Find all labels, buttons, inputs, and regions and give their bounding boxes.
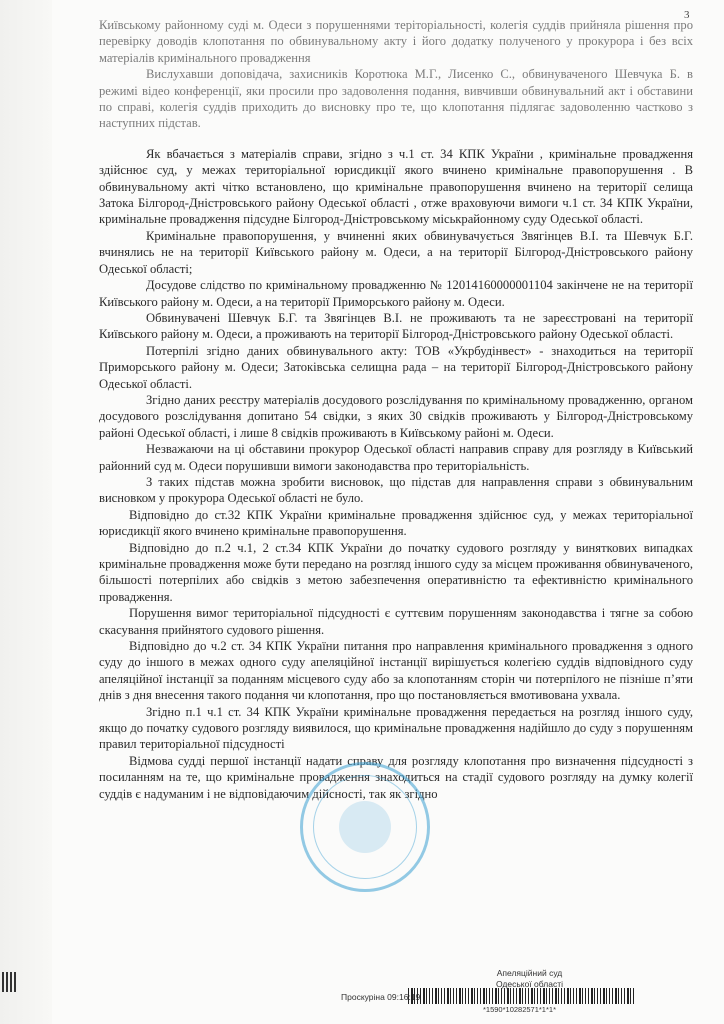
court-name: Апеляційний суд	[496, 968, 563, 979]
paragraph: Потерпілі згідно даних обвинувального ак…	[99, 343, 693, 392]
paragraph: Вислухавши доповідача, захисників Коротю…	[99, 66, 693, 132]
margin-barcode-icon	[2, 972, 20, 992]
barcode-text: *1590*10282571*1*1*	[483, 1005, 556, 1014]
paragraph: Згідно п.1 ч.1 ст. 34 КПК України кримін…	[99, 704, 693, 753]
paragraph: З таких підстав можна зробити висновок, …	[99, 474, 693, 507]
paragraph: Обвинувачені Шевчук Б.Г. та Звягінцев В.…	[99, 310, 693, 343]
paragraph: Київському районному суді м. Одеси з пор…	[99, 17, 693, 66]
paragraph: Відмова судді першої інстанції надати сп…	[99, 753, 693, 802]
paragraph: Відповідно до ч.2 ст. 34 КПК України пит…	[99, 638, 693, 704]
document-page: 3 Київському районному суді м. Одеси з п…	[0, 0, 724, 1024]
paragraph: Відповідно до п.2 ч.1, 2 ст.34 КПК Украї…	[99, 540, 693, 606]
paragraph: Незважаючи на ці обставини прокурор Одес…	[99, 441, 693, 474]
court-label: Апеляційний суд Одеської області	[496, 968, 563, 990]
paragraph: Відповідно до ст.32 КПК України кримінал…	[99, 507, 693, 540]
scan-margin	[0, 0, 52, 1024]
paragraph: Порушення вимог територіальної підсуднос…	[99, 605, 693, 638]
barcode-icon	[408, 988, 634, 1004]
paragraph: Згідно даних реєстру матеріалів досудово…	[99, 392, 693, 441]
document-body: Київському районному суді м. Одеси з пор…	[99, 17, 693, 802]
paragraph: Кримінальне правопорушення, у вчиненні я…	[99, 228, 693, 277]
paragraph: Як вбачається з матеріалів справи, згідн…	[99, 146, 693, 228]
paragraph: Досудове слідство по кримінальному прова…	[99, 277, 693, 310]
